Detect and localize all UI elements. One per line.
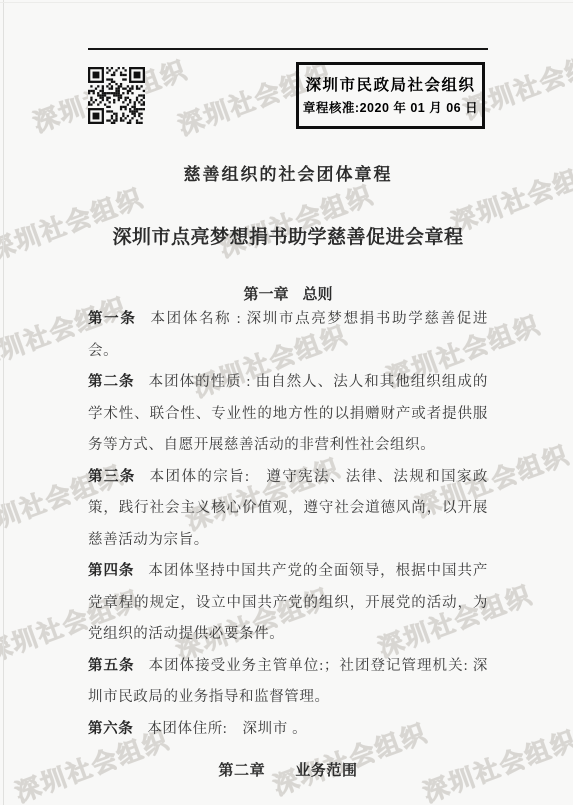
article-2-label: 第二条 [88,374,135,390]
article-4-label: 第四条 [88,563,134,579]
article-3-text: 本团体的宗旨: 遵守宪法、法律、法规和国家政策，践行社会主义核心价值观，遵守社会… [88,469,488,548]
main-title: 深圳市点亮梦想捐书助学慈善促进会章程 [58,222,518,249]
article-2-text: 本团体的性质 : 由自然人、法人和其他组织组成的学术性、联合性、专业性的地方性的… [88,374,488,453]
article-5-text: 本团体接受业务主管单位:；社团登记管理机关: 深圳市民政局的业务指导和监督管理。 [88,658,488,706]
doc-type-title: 慈善组织的社会团体章程 [88,160,488,185]
document-page: 深圳社会组织深圳社会组织深圳社会组织深圳社会组织深圳社会组织深圳社会组织深圳社会… [0,0,573,805]
chapter-1-heading: 第一章总则 [88,283,488,304]
article-2-paragraph: 第二条本团体的性质 : 由自然人、法人和其他组织组成的学术性、联合性、专业性的地… [88,367,488,462]
chapter-2-label: 第二章 [218,762,265,779]
document-body: 第一条本团体名称 : 深圳市点亮梦想捐书助学慈善促进会。 第二条本团体的性质 :… [88,304,488,787]
article-1-label: 第一条 [88,311,137,327]
qr-code [88,67,145,124]
approval-stamp-box: 深圳市民政局社会组织 章程核准:2020 年 01 月 06 日 [296,62,485,129]
article-3-paragraph: 第三条本团体的宗旨: 遵守宪法、法律、法规和国家政策，践行社会主义核心价值观，遵… [88,462,488,557]
article-4-paragraph: 第四条本团体坚持中国共产党的全面领导，根据中国共产党章程的规定，设立中国共产党的… [88,556,488,651]
article-5-paragraph: 第五条本团体接受业务主管单位:；社团登记管理机关: 深圳市民政局的业务指导和监督… [88,651,488,714]
article-1-text: 本团体名称 : 深圳市点亮梦想捐书助学慈善促进会。 [88,311,488,359]
header-divider-line [88,48,488,50]
stamp-approval-date-line: 章程核准:2020 年 01 月 06 日 [303,98,478,118]
chapter-1-title: 总则 [303,286,333,303]
article-3-label: 第三条 [88,469,136,485]
page-edge-line [3,0,4,805]
article-4-text: 本团体坚持中国共产党的全面领导，根据中国共产党章程的规定，设立中国共产党的组织，… [88,563,488,642]
chapter-2-heading: 第二章业务范围 [88,755,488,787]
chapter-2-title: 业务范围 [295,762,357,779]
article-6-paragraph: 第六条本团体住所: 深圳市 。 [88,714,488,746]
article-6-text: 本团体住所: 深圳市 。 [147,721,307,737]
article-1-paragraph: 第一条本团体名称 : 深圳市点亮梦想捐书助学慈善促进会。 [88,304,488,367]
chapter-1-label: 第一章 [243,286,288,303]
article-6-label: 第六条 [88,721,133,737]
stamp-org-line: 深圳市民政局社会组织 [305,74,475,98]
page-edge-line-top [0,2,573,3]
article-5-label: 第五条 [88,658,135,674]
